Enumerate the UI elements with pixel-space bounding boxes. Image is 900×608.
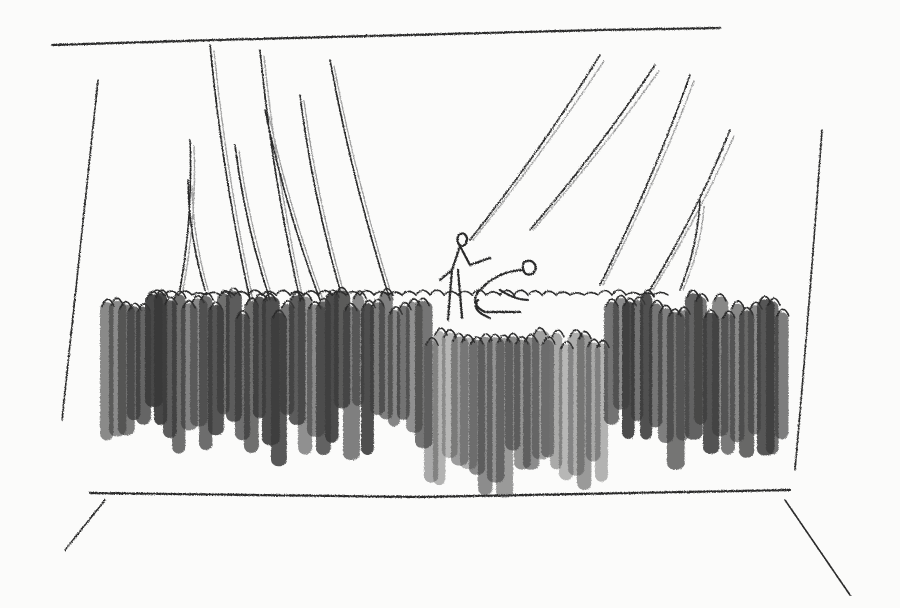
stage-sketch: [0, 0, 900, 608]
performer-kneeling: [475, 261, 536, 318]
audience-crowd: [100, 288, 789, 498]
curtain-strokes: [180, 45, 734, 300]
performer-standing: [440, 233, 490, 320]
